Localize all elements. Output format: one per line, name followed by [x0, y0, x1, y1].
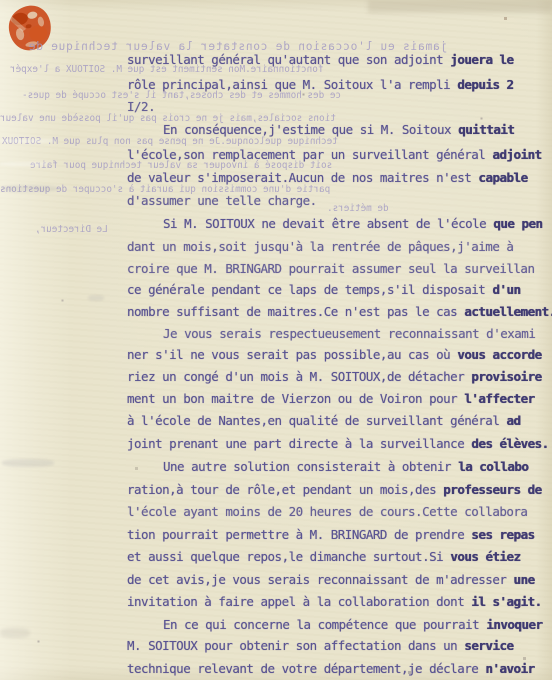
typed-text-line: croire que M. BRINGARD pourrait assumer … [127, 262, 535, 276]
line-text-bold: invoquer [486, 617, 542, 632]
paper-specks [0, 0, 1, 1]
typed-text-line: invitation à faire appel à la collaborat… [127, 595, 542, 609]
line-text: dant un mois,soit jusqu'à la rentrée de … [127, 239, 513, 254]
line-text-bold: d'un [492, 282, 520, 297]
typed-text-line: Une autre solution consisterait à obteni… [163, 460, 528, 474]
typed-text-line: ner s'il ne vous serait pas possible,au … [127, 348, 542, 362]
typed-text-line: et aussi quelque repos,le dimanche surto… [127, 550, 520, 564]
typed-text-line: rôle principal,ainsi que M. Soitoux l'a … [127, 78, 513, 92]
line-text: d'assumer une telle charge. [127, 193, 317, 208]
line-text-bold: vous accorde [457, 347, 541, 362]
line-text: invitation à faire appel à la collaborat… [127, 594, 471, 609]
typed-text-line: d'assumer une telle charge. [127, 194, 317, 208]
line-text-bold: quittait [458, 122, 514, 137]
typed-text-line: l'école ayant moins de 20 heures de cour… [127, 505, 527, 519]
typed-text-line: Je vous serais respectueusement reconnai… [163, 327, 535, 341]
line-text: riez un congé d'un mois à M. SOITOUX,de … [127, 369, 471, 384]
line-text-bold: professeurs de [443, 482, 541, 497]
typed-text-line: nombre suffisant de maitres.Ce n'est pas… [127, 305, 552, 319]
line-text: l'école ayant moins de 20 heures de cour… [127, 504, 527, 519]
line-text-bold: l'affecter [464, 391, 534, 406]
line-text: tion pourrait permettre à M. BRINGARD de… [127, 527, 471, 542]
typed-text-line: ce générale pendant ce laps de temps,s'i… [127, 283, 520, 297]
line-text-bold: vous étiez [450, 549, 520, 564]
typed-text-line: Si M. SOITOUX ne devait être absent de l… [163, 217, 542, 231]
line-text-bold: une [513, 572, 534, 587]
line-text: l'école,son remplacement par un surveill… [127, 147, 492, 162]
typed-text-layer: surveillant général qu'autant que son ad… [0, 0, 552, 680]
line-text-bold: ad [506, 413, 520, 428]
line-text: croire que M. BRINGARD pourrait assumer … [127, 261, 535, 276]
line-text: Une autre solution consisterait à obteni… [163, 459, 458, 474]
line-text: En ce qui concerne la compétence que pou… [163, 617, 486, 632]
typed-text-line: technique relevant de votre département,… [127, 662, 535, 676]
line-text-bold: des élèves. [471, 436, 548, 451]
letter-page: jamais eu l'occasion de constater la val… [0, 0, 552, 680]
typed-text-line: de valeur s'imposerait.Aucun de nos mait… [127, 171, 527, 185]
line-text-bold: la collabo [458, 459, 528, 474]
typed-text-line: ment un bon maitre de Vierzon ou de Voir… [127, 392, 535, 406]
line-text-bold: adjoint [492, 147, 541, 162]
line-text-bold: depuis 2 [457, 77, 513, 92]
line-text: nombre suffisant de maitres.Ce n'est pas… [127, 304, 464, 319]
typed-text-line: ration,à tour de rôle,et pendant un mois… [127, 483, 542, 497]
typed-text-line: l'école,son remplacement par un surveill… [127, 148, 542, 162]
line-text-bold: provisoire [471, 369, 541, 384]
line-text-bold: jouera le [450, 52, 513, 67]
typed-text-line: riez un congé d'un mois à M. SOITOUX,de … [127, 370, 542, 384]
line-text: Si M. SOITOUX ne devait être absent de l… [163, 216, 493, 231]
line-text: à l'école de Nantes,en qualité de survei… [127, 413, 506, 428]
line-text-bold: que pen [493, 216, 542, 231]
line-text: de valeur s'imposerait.Aucun de nos mait… [127, 170, 478, 185]
typed-text-line: joint prenant une part directe à la surv… [127, 437, 549, 451]
line-text: M. SOITOUX pour obtenir son affectation … [127, 638, 464, 653]
line-text: surveillant général qu'autant que son ad… [127, 52, 450, 67]
typed-text-line: I/2. [127, 100, 155, 114]
typed-text-line: En ce qui concerne la compétence que pou… [163, 618, 542, 632]
line-text: I/2. [127, 99, 155, 114]
line-text: Je vous serais respectueusement reconnai… [163, 326, 535, 341]
typed-text-line: dant un mois,soit jusqu'à la rentrée de … [127, 240, 513, 254]
typed-text-line: En conséquence,j'estime que si M. Soitou… [163, 123, 514, 137]
line-text-bold: capable [478, 170, 527, 185]
line-text: ner s'il ne vous serait pas possible,au … [127, 347, 457, 362]
line-text: ration,à tour de rôle,et pendant un mois… [127, 482, 443, 497]
line-text-bold: il s'agit. [471, 594, 541, 609]
line-text: technique relevant de votre département,… [127, 661, 485, 676]
typed-text-line: M. SOITOUX pour obtenir son affectation … [127, 639, 513, 653]
line-text: et aussi quelque repos,le dimanche surto… [127, 549, 450, 564]
line-text: joint prenant une part directe à la surv… [127, 436, 471, 451]
typed-text-line: de cet avis,je vous serais reconnaissant… [127, 573, 535, 587]
typed-text-line: surveillant général qu'autant que son ad… [127, 53, 513, 67]
line-text: de cet avis,je vous serais reconnaissant… [127, 572, 513, 587]
line-text-bold: service [464, 638, 513, 653]
line-text-bold: n'avoir [485, 661, 534, 676]
line-text: rôle principal,ainsi que M. Soitoux l'a … [127, 77, 457, 92]
line-text: En conséquence,j'estime que si M. Soitou… [163, 122, 458, 137]
line-text-bold: ses repas [471, 527, 534, 542]
line-text-bold: actuellement. [464, 304, 552, 319]
line-text: ment un bon maitre de Vierzon ou de Voir… [127, 391, 464, 406]
typed-text-line: à l'école de Nantes,en qualité de survei… [127, 414, 520, 428]
typed-text-line: tion pourrait permettre à M. BRINGARD de… [127, 528, 535, 542]
line-text: ce générale pendant ce laps de temps,s'i… [127, 282, 492, 297]
